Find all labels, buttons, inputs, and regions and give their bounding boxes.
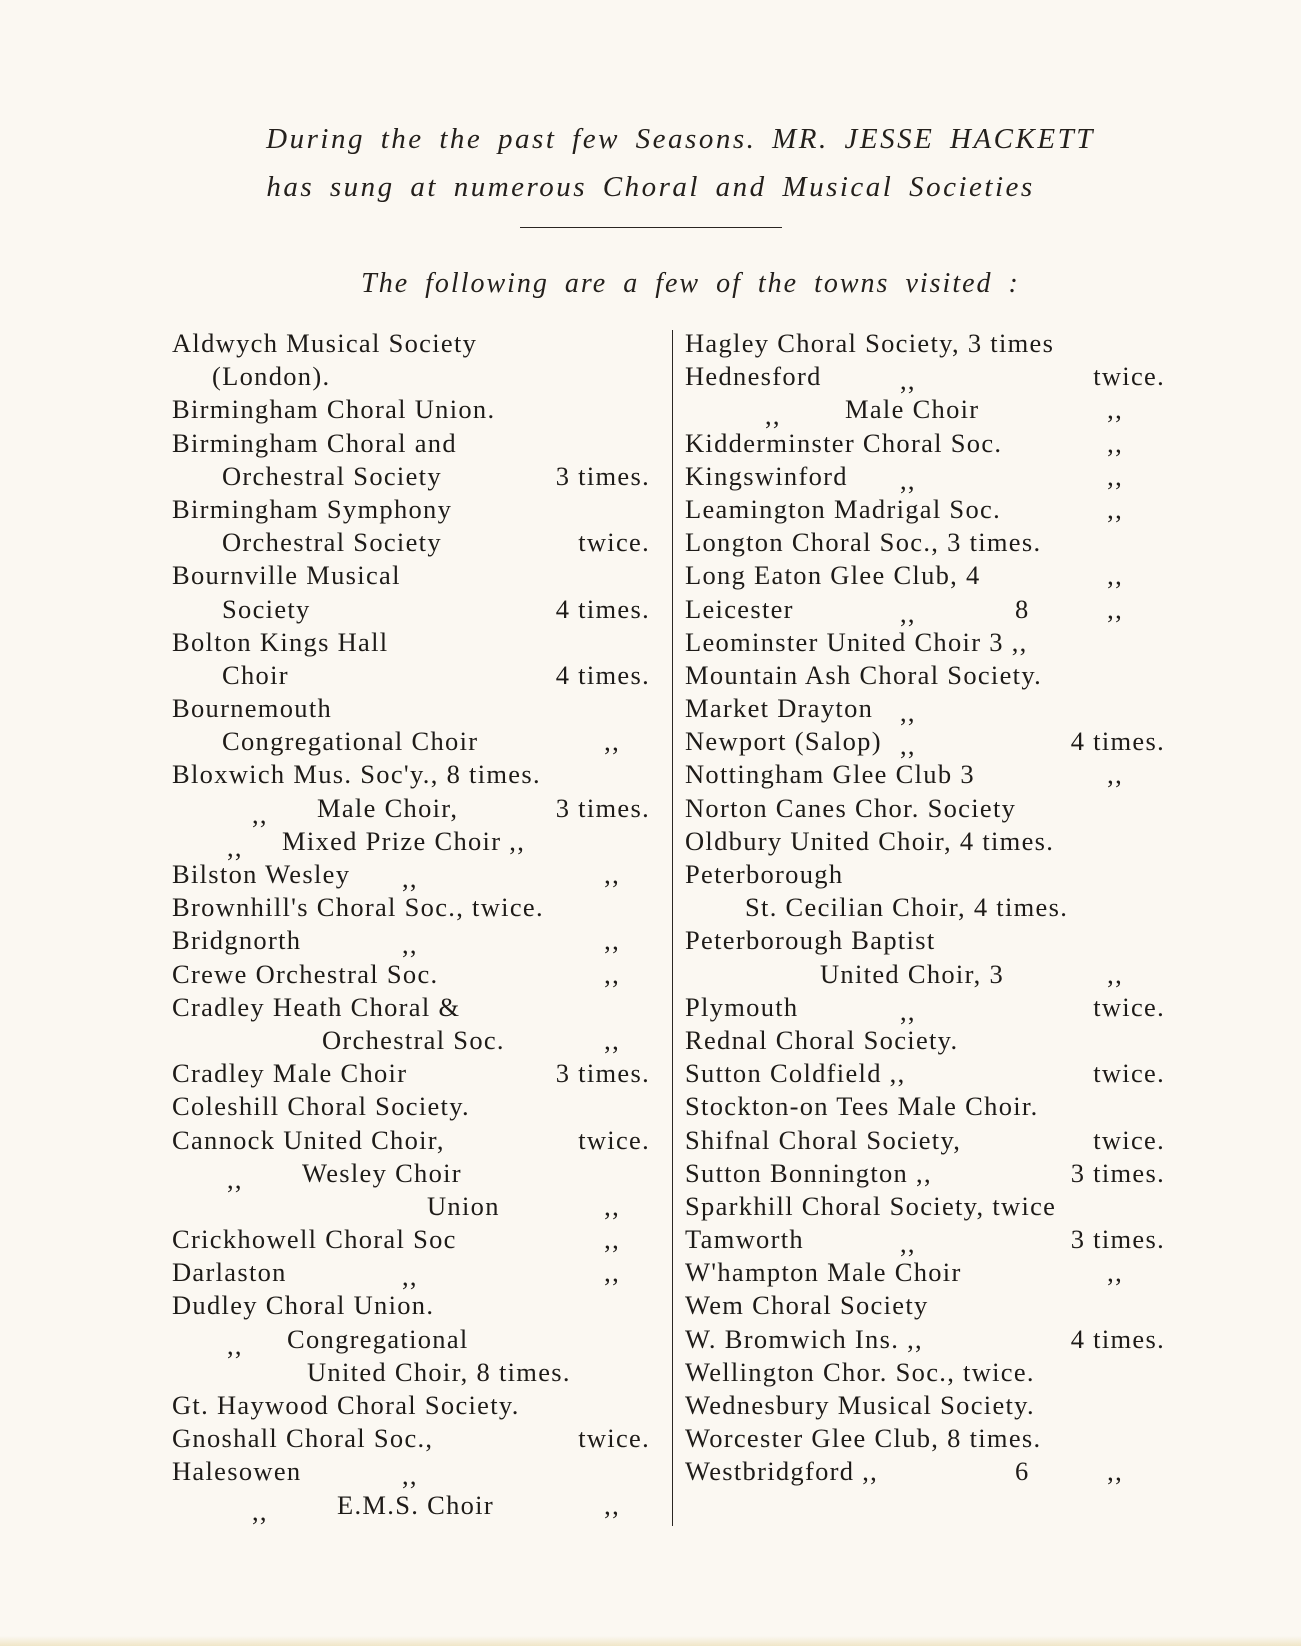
society-entry: ,,Congregational — [172, 1323, 650, 1356]
society-entry: ,,Wesley Choir — [172, 1157, 650, 1190]
society-entry: Dudley Choral Union. — [172, 1289, 650, 1322]
society-entry: Sutton Bonnington ,,3 times. — [685, 1157, 1165, 1190]
visit-count: ,, — [1107, 758, 1123, 791]
right-society-list: Hagley Choral Society, 3 timesHednesford… — [685, 327, 1165, 1489]
society-name: Wem Choral Society — [685, 1289, 929, 1322]
society-entry: Crickhowell Choral Soc,, — [172, 1223, 650, 1256]
visit-count: twice. — [578, 1124, 650, 1157]
society-name: Orchestral Soc. — [322, 1024, 505, 1057]
visit-count: 4 times. — [556, 593, 650, 626]
society-name: Longton Choral Soc., 3 times. — [685, 526, 1041, 559]
society-name: Halesowen — [172, 1455, 301, 1488]
society-name: Orchestral Society — [222, 526, 442, 559]
society-entry: Birmingham Symphony — [172, 493, 650, 526]
visit-count: ,, — [604, 1223, 620, 1256]
society-name: Wednesbury Musical Society. — [685, 1389, 1035, 1422]
left-society-list: Aldwych Musical Society(London).Birmingh… — [172, 327, 650, 1522]
society-name: Cradley Male Choir — [172, 1057, 407, 1090]
society-entry: Wellington Chor. Soc., twice. — [685, 1356, 1165, 1389]
intro-line-2: has sung at numerous Choral and Musical … — [0, 163, 1301, 211]
visit-count: 4 times. — [1071, 725, 1165, 758]
society-entry: Shifnal Choral Society,twice. — [685, 1124, 1165, 1157]
society-entry: Leominster United Choir 3 ,, — [685, 626, 1165, 659]
society-entry: Congregational Choir,, — [172, 725, 650, 758]
society-entry: Oldbury United Choir, 4 times. — [685, 825, 1165, 858]
society-entry: W. Bromwich Ins. ,,4 times. — [685, 1323, 1165, 1356]
society-entry: Cradley Heath Choral & — [172, 991, 650, 1024]
visit-count: ,, — [604, 958, 620, 991]
society-entry: Leamington Madrigal Soc.,, — [685, 493, 1165, 526]
society-name: Leamington Madrigal Soc. — [685, 493, 1001, 526]
society-entry: Brownhill's Choral Soc., twice. — [172, 891, 650, 924]
society-name: Peterborough — [685, 858, 843, 891]
society-entry: Hagley Choral Society, 3 times — [685, 327, 1165, 360]
visit-count: 3 times. — [556, 460, 650, 493]
society-name: Hagley Choral Society, 3 times — [685, 327, 1054, 360]
visit-count: twice. — [1093, 1124, 1165, 1157]
society-entry: ,,Male Choir,, — [685, 393, 1165, 426]
society-entry: Long Eaton Glee Club, 4,, — [685, 559, 1165, 592]
society-name: Society — [222, 593, 311, 626]
society-name: Bridgnorth — [172, 924, 301, 957]
society-entry: Longton Choral Soc., 3 times. — [685, 526, 1165, 559]
society-name: Bloxwich Mus. Soc'y., 8 times. — [172, 758, 541, 791]
society-name: Union — [427, 1190, 500, 1223]
society-name: Leominster United Choir 3 ,, — [685, 626, 1028, 659]
society-entry: Plymouth,,twice. — [685, 991, 1165, 1024]
society-name: Male Choir, — [317, 792, 458, 825]
society-entry: Stockton-on Tees Male Choir. — [685, 1090, 1165, 1123]
society-entry: Sutton Coldfield ,,twice. — [685, 1057, 1165, 1090]
society-entry: United Choir, 3,, — [685, 958, 1165, 991]
society-name: Nottingham Glee Club 3 — [685, 758, 975, 791]
visit-count: twice. — [1093, 1057, 1165, 1090]
visit-count: 3 times. — [556, 792, 650, 825]
society-name: Newport (Salop) — [685, 725, 882, 758]
society-entry: Orchestral Societytwice. — [172, 526, 650, 559]
program-page: During the the past few Seasons. MR. JES… — [0, 0, 1301, 1646]
visit-count: 4 times. — [1071, 1323, 1165, 1356]
society-name: Mixed Prize Choir ,, — [282, 825, 525, 858]
society-name: St. Cecilian Choir, 4 times. — [745, 891, 1068, 924]
society-name: Market Drayton — [685, 692, 873, 725]
ditto-mark: ,, — [252, 1495, 268, 1528]
society-entry: ,,E.M.S. Choir,, — [172, 1489, 650, 1522]
society-name: Orchestral Society — [222, 460, 442, 493]
society-name: Bournville Musical — [172, 559, 401, 592]
society-name: Gnoshall Choral Soc., — [172, 1422, 433, 1455]
society-entry: ,,Male Choir,3 times. — [172, 792, 650, 825]
visit-count: 3 times. — [1071, 1157, 1165, 1190]
society-entry: Aldwych Musical Society — [172, 327, 650, 360]
visit-count: ,, — [604, 1024, 620, 1057]
society-name: Kidderminster Choral Soc. — [685, 427, 1002, 460]
society-name: Sparkhill Choral Society, twice — [685, 1190, 1056, 1223]
visit-count: ,, — [604, 1256, 620, 1289]
society-name: United Choir, 3 — [820, 958, 1004, 991]
society-entry: Coleshill Choral Society. — [172, 1090, 650, 1123]
society-entry: Birmingham Choral and — [172, 427, 650, 460]
society-entry: Bilston Wesley,,,, — [172, 858, 650, 891]
society-entry: Bolton Kings Hall — [172, 626, 650, 659]
society-name: Hednesford — [685, 360, 822, 393]
society-name: Shifnal Choral Society, — [685, 1124, 961, 1157]
society-entry: Orchestral Soc.,, — [172, 1024, 650, 1057]
visit-count: ,, — [604, 858, 620, 891]
society-entry: Peterborough — [685, 858, 1165, 891]
society-name: Cradley Heath Choral & — [172, 991, 460, 1024]
visit-count: ,, — [1107, 559, 1123, 592]
society-name: Mountain Ash Choral Society. — [685, 659, 1042, 692]
society-entry: Sparkhill Choral Society, twice — [685, 1190, 1165, 1223]
society-name: Oldbury United Choir, 4 times. — [685, 825, 1054, 858]
society-name: Crickhowell Choral Soc — [172, 1223, 457, 1256]
column-divider — [672, 330, 673, 1526]
society-entry: Peterborough Baptist — [685, 924, 1165, 957]
society-name: Sutton Coldfield ,, — [685, 1057, 906, 1090]
society-name: Norton Canes Chor. Society — [685, 792, 1016, 825]
society-name: Bournemouth — [172, 692, 332, 725]
society-name: Wesley Choir — [302, 1157, 462, 1190]
society-entry: Rednal Choral Society. — [685, 1024, 1165, 1057]
visit-count: ,, — [1107, 958, 1123, 991]
society-name: Birmingham Choral and — [172, 427, 457, 460]
visit-count: ,, — [1107, 393, 1123, 426]
visit-count: ,, — [1107, 427, 1123, 460]
society-name: Bilston Wesley — [172, 858, 350, 891]
society-entry: Hednesford,,twice. — [685, 360, 1165, 393]
visit-count: twice. — [1093, 991, 1165, 1024]
society-entry: Norton Canes Chor. Society — [685, 792, 1165, 825]
society-entry: Worcester Glee Club, 8 times. — [685, 1422, 1165, 1455]
society-name: Brownhill's Choral Soc., twice. — [172, 891, 544, 924]
society-name: Rednal Choral Society. — [685, 1024, 958, 1057]
society-entry: Tamworth,,3 times. — [685, 1223, 1165, 1256]
society-entry: W'hampton Male Choir,, — [685, 1256, 1165, 1289]
society-entry: Wednesbury Musical Society. — [685, 1389, 1165, 1422]
society-entry: Cannock United Choir,twice. — [172, 1124, 650, 1157]
visit-count: 6 — [1015, 1455, 1030, 1488]
society-entry: Crewe Orchestral Soc.,, — [172, 958, 650, 991]
society-name: Gt. Haywood Choral Society. — [172, 1389, 520, 1422]
society-name: Worcester Glee Club, 8 times. — [685, 1422, 1041, 1455]
society-entry: Westbridgford ,,6,, — [685, 1455, 1165, 1488]
society-entry: Bloxwich Mus. Soc'y., 8 times. — [172, 758, 650, 791]
society-name: Long Eaton Glee Club, 4 — [685, 559, 981, 592]
society-entry: Bridgnorth,,,, — [172, 924, 650, 957]
society-name: Male Choir — [845, 393, 979, 426]
society-entry: Gt. Haywood Choral Society. — [172, 1389, 650, 1422]
paper-edge — [0, 1636, 1301, 1646]
society-entry: Nottingham Glee Club 3,, — [685, 758, 1165, 791]
society-name: Crewe Orchestral Soc. — [172, 958, 438, 991]
society-entry: Leicester,,8,, — [685, 593, 1165, 626]
society-entry: Society4 times. — [172, 593, 650, 626]
society-entry: Cradley Male Choir3 times. — [172, 1057, 650, 1090]
society-entry: (London). — [172, 360, 650, 393]
society-name: Stockton-on Tees Male Choir. — [685, 1090, 1039, 1123]
visit-count: twice. — [578, 1422, 650, 1455]
society-name: Peterborough Baptist — [685, 924, 936, 957]
society-entry: Market Drayton,, — [685, 692, 1165, 725]
society-entry: Halesowen,, — [172, 1455, 650, 1488]
visit-count: ,, — [1107, 593, 1123, 626]
society-entry: Bournemouth — [172, 692, 650, 725]
visit-count: ,, — [1107, 460, 1123, 493]
society-entry: Kingswinford,,,, — [685, 460, 1165, 493]
society-name: Cannock United Choir, — [172, 1124, 445, 1157]
society-entry: United Choir, 8 times. — [172, 1356, 650, 1389]
society-entry: Orchestral Society3 times. — [172, 460, 650, 493]
society-entry: Gnoshall Choral Soc.,twice. — [172, 1422, 650, 1455]
society-name: Coleshill Choral Society. — [172, 1090, 470, 1123]
society-entry: Bournville Musical — [172, 559, 650, 592]
society-name: W. Bromwich Ins. ,, — [685, 1323, 923, 1356]
society-name: Dudley Choral Union. — [172, 1289, 434, 1322]
society-name: Plymouth — [685, 991, 798, 1024]
visit-count: ,, — [604, 1190, 620, 1223]
visit-count: 3 times. — [1071, 1223, 1165, 1256]
visit-count: 4 times. — [556, 659, 650, 692]
horizontal-rule — [520, 227, 782, 228]
visit-count: 8 — [1015, 593, 1030, 626]
society-entry: Choir4 times. — [172, 659, 650, 692]
visit-count: ,, — [1107, 493, 1123, 526]
visit-count: twice. — [578, 526, 650, 559]
society-entry: ,,Mixed Prize Choir ,, — [172, 825, 650, 858]
intro-line-1: During the the past few Seasons. MR. JES… — [0, 115, 1301, 163]
society-entry: Kidderminster Choral Soc.,, — [685, 427, 1165, 460]
society-name: Aldwych Musical Society — [172, 327, 477, 360]
society-name: E.M.S. Choir — [337, 1489, 494, 1522]
society-name: (London). — [212, 360, 330, 393]
society-name: Leicester — [685, 593, 794, 626]
society-entry: Mountain Ash Choral Society. — [685, 659, 1165, 692]
society-name: Congregational — [287, 1323, 469, 1356]
visit-count: ,, — [604, 725, 620, 758]
society-name: W'hampton Male Choir — [685, 1256, 962, 1289]
society-name: Birmingham Symphony — [172, 493, 452, 526]
society-name: Bolton Kings Hall — [172, 626, 388, 659]
society-entry: Darlaston,,,, — [172, 1256, 650, 1289]
visit-count: ,, — [1107, 1455, 1123, 1488]
society-name: Darlaston — [172, 1256, 287, 1289]
society-entry: Birmingham Choral Union. — [172, 393, 650, 426]
society-name: Sutton Bonnington ,, — [685, 1157, 932, 1190]
society-name: United Choir, 8 times. — [307, 1356, 571, 1389]
visit-count: 3 times. — [556, 1057, 650, 1090]
visit-count: ,, — [604, 924, 620, 957]
society-name: Choir — [222, 659, 289, 692]
visit-count: ,, — [604, 1489, 620, 1522]
visit-count: ,, — [1107, 1256, 1123, 1289]
society-name: Kingswinford — [685, 460, 848, 493]
society-name: Tamworth — [685, 1223, 804, 1256]
society-entry: Union,, — [172, 1190, 650, 1223]
society-name: Wellington Chor. Soc., twice. — [685, 1356, 1035, 1389]
society-name: Westbridgford ,, — [685, 1455, 878, 1488]
visit-count: twice. — [1093, 360, 1165, 393]
towns-subtitle: The following are a few of the towns vis… — [0, 268, 1301, 300]
society-name: Birmingham Choral Union. — [172, 393, 495, 426]
society-entry: Wem Choral Society — [685, 1289, 1165, 1322]
society-name: Congregational Choir — [222, 725, 478, 758]
intro-heading: During the the past few Seasons. MR. JES… — [0, 115, 1301, 211]
society-entry: St. Cecilian Choir, 4 times. — [685, 891, 1165, 924]
society-entry: Newport (Salop),,4 times. — [685, 725, 1165, 758]
